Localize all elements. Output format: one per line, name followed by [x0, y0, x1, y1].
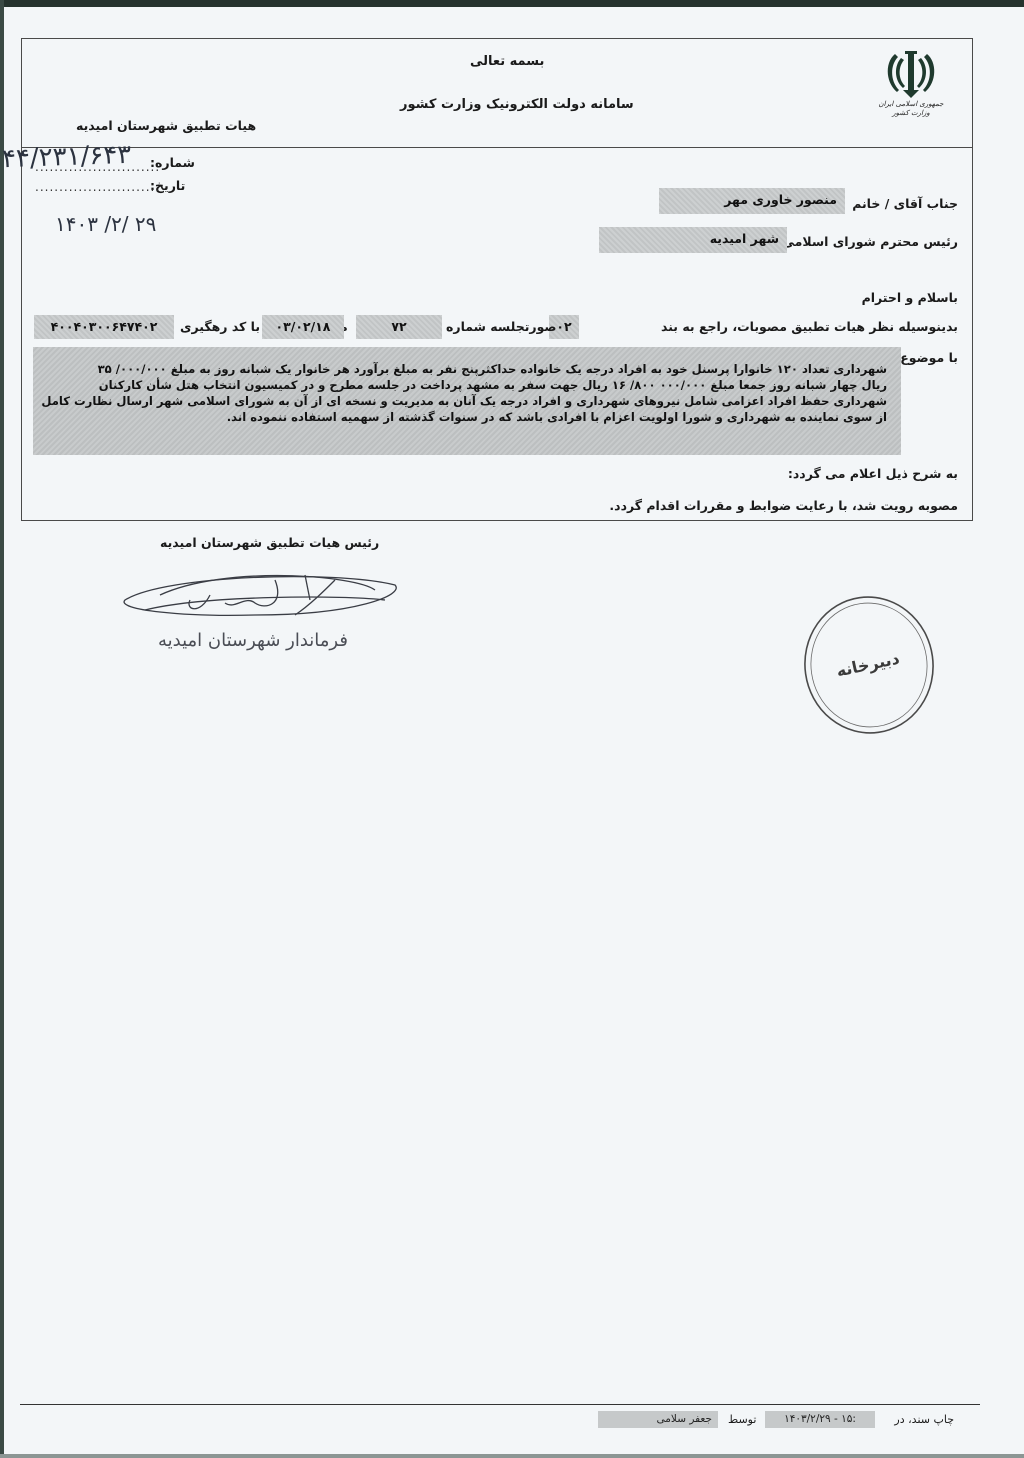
- subject-label: با موضوع: [900, 350, 958, 365]
- subject-line-3: شهرداری حفظ افراد اعزامی شامل نیروهای شه…: [43, 393, 887, 409]
- footer-divider: [20, 1404, 980, 1405]
- round-stamp-icon: ثبت در سامانه الکترونیک وزارت کشور هیات …: [798, 590, 940, 740]
- subject-line-1: شهرداری تعداد ۱۲۰ خانوارا پرسنل خود به ا…: [43, 361, 887, 377]
- minutes-date: ۰۳/۰۲/۱۸: [262, 315, 344, 339]
- organization-name: هیات تطبیق شهرستان امیدیه: [76, 118, 256, 133]
- decision-text: مصوبه رویت شد، با رعایت ضوابط و مقررات ا…: [609, 498, 958, 513]
- printed-label: چاپ سند، در: [894, 1411, 954, 1428]
- stamp-outer-text: ثبت در سامانه الکترونیک وزارت کشور: [798, 590, 803, 593]
- printed-datetime: ۱۴۰۳/۲/۲۹ - ۱۵:: [765, 1411, 875, 1428]
- recipient-title: رئیس محترم شورای اسلامی: [782, 234, 958, 249]
- system-title: سامانه دولت الکترونیک وزارت کشور: [400, 97, 634, 112]
- subject-line-2: ریال چهار شبانه روز جمعا مبلغ ۰۰۰/۰۰۰ ۸۰…: [43, 377, 887, 393]
- subject-line-4: از سوی نماینده به شهرداری و شورا اولویت …: [43, 409, 887, 425]
- scan-edge-bottom: [0, 1454, 1024, 1458]
- tracking-code: ۴۰۰۴۰۳۰۰۶۴۷۴۰۲: [34, 315, 174, 339]
- signature-scribble-icon: [105, 555, 415, 635]
- date-field: ..........................: [35, 180, 160, 194]
- by-label: توسط: [728, 1411, 756, 1428]
- svg-text:هیات تطبیق شهرستان امیدیه: هیات تطبیق شهرستان امیدیه: [798, 590, 803, 593]
- governor-stamp-text: فرماندار شهرستان امیدیه: [158, 630, 348, 651]
- subject-text-box: شهرداری تعداد ۱۲۰ خانوارا پرسنل خود به ا…: [33, 347, 901, 455]
- emblem-caption-1: جمهوری اسلامی ایران: [878, 100, 944, 109]
- signatory-title: رئیس هیات تطبیق شهرستان امیدیه: [160, 535, 379, 550]
- secretariat-stamp: ثبت در سامانه الکترونیک وزارت کشور هیات …: [798, 590, 940, 740]
- intro-text: بدینوسیله نظر هیات تطبیق مصوبات، راجع به…: [661, 319, 958, 334]
- announcement: به شرح ذیل اعلام می گردد:: [788, 466, 958, 481]
- minutes-number: ۷۲: [356, 315, 442, 339]
- emblem-caption-2: وزارت کشور: [878, 109, 944, 118]
- stamp-bottom-text: هیات تطبیق شهرستان امیدیه: [798, 590, 803, 593]
- minutes-label: صورتجلسه شماره: [446, 319, 557, 334]
- svg-text:ثبت در سامانه الکترونیک وزارت: ثبت در سامانه الکترونیک وزارت کشور: [798, 590, 803, 593]
- header-divider: [21, 147, 973, 148]
- handwritten-date: ۱۴۰۳ /۲/ ۲۹: [55, 212, 156, 236]
- invocation-heading: بسمه تعالی: [470, 54, 544, 69]
- recipient-city: شهر امیدیه: [599, 227, 787, 253]
- salutation-label: جناب آقای / خانم: [852, 196, 958, 211]
- iran-emblem: جمهوری اسلامی ایران وزارت کشور: [878, 48, 944, 128]
- recipient-name: منصور خاوری مهر: [659, 188, 845, 214]
- greeting: باسلام و احترام: [862, 290, 958, 305]
- stamp-center-text: دبیرخانه: [835, 649, 902, 681]
- iran-emblem-icon: [881, 48, 941, 100]
- tracking-label: با کد رهگیری: [180, 319, 260, 334]
- scan-edge-top: [0, 0, 1024, 7]
- handwritten-number: ۴۴/۲۳۱/۶۴۳: [2, 140, 132, 174]
- printed-by: جعفر سلامی: [598, 1411, 718, 1428]
